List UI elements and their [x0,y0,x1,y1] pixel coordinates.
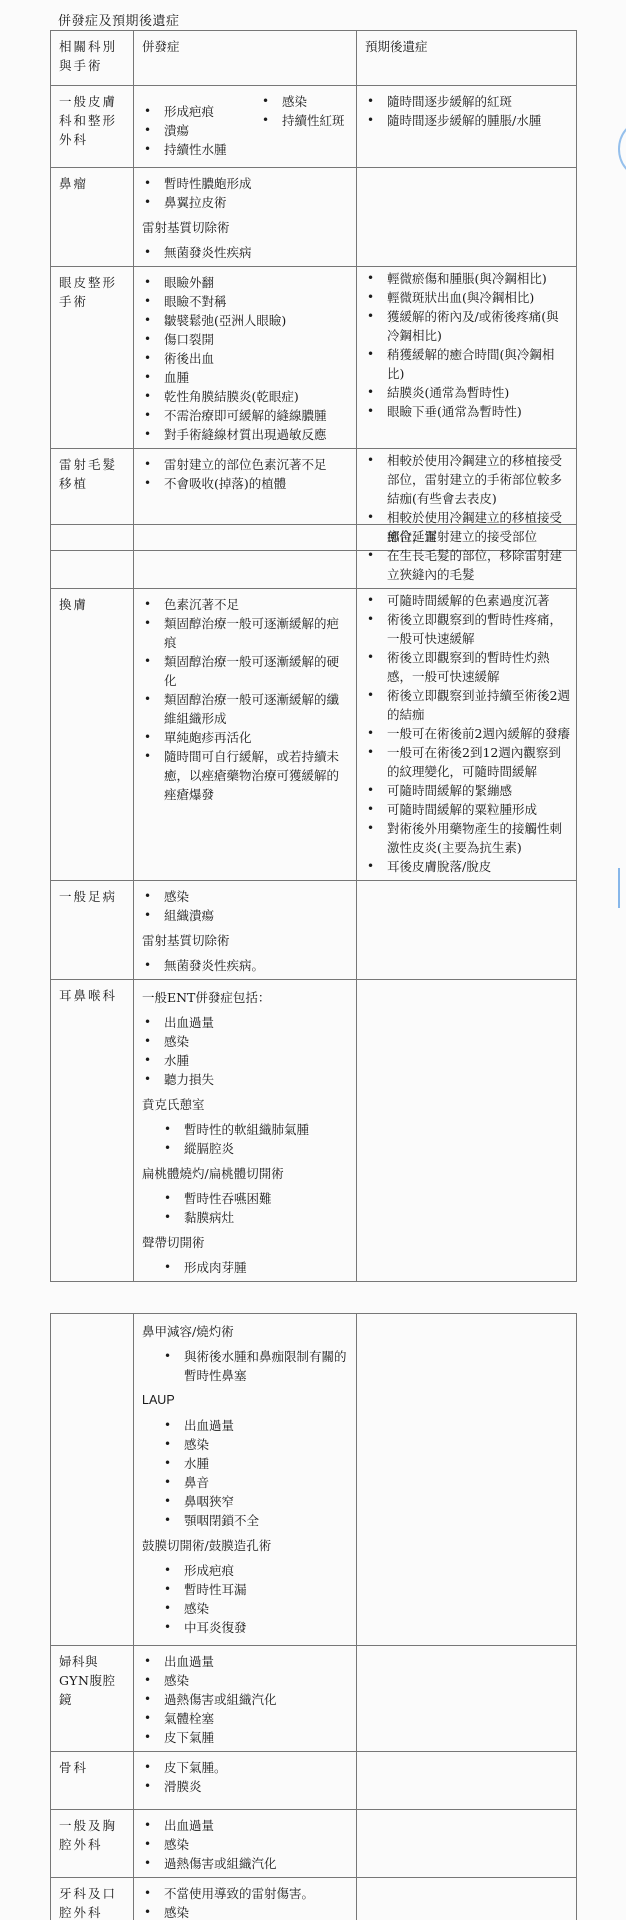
list-item: 無菌發炎性疾病。 [142,956,350,975]
complications-list: 不當使用導致的雷射傷害。 感染 [142,1884,350,1920]
sequelae-cell [357,1314,577,1646]
list-item: 氣體栓塞 [142,1709,350,1728]
list-item: 暫時性耳漏 [142,1580,350,1599]
list-item: 對手術縫線材質出現過敏反應 [142,425,350,444]
complications-list: 暫時性膿皰形成 鼻翼拉皮術 [142,174,350,212]
complications-list: 出血過量 感染 水腫 聽力損失 [142,1013,350,1089]
complications-cell [134,525,357,589]
complications-list: 感染 組織潰瘍 [142,887,350,925]
sequelae-cell: 輕微瘀傷和腫脹(與冷鋼相比) 輕微斑狀出血(與冷鋼相比) 獲緩解的術內及/或術後… [357,267,577,449]
list-item: 輕微斑狀出血(與冷鋼相比) [365,288,570,307]
complications-cell: 出血過量 感染 過熱傷害或組織汽化 氣體栓塞 皮下氣腫 [134,1646,357,1752]
list-item: 隨時間逐步緩解的紅斑 [365,92,570,111]
list-item: 過熱傷害或組織汽化 [142,1854,350,1873]
table-header-row: 相關科別與手術 併發症 預期後遺症 [51,31,577,86]
sequelae-cell [357,1752,577,1810]
department-cell: 一般皮膚科和整形外科 [51,86,134,168]
complications-table-page-3: 鼻甲減容/燒灼術 與術後水腫和鼻痂限制有關的暫時性鼻塞 LAUP 出血過量 感染… [50,1313,577,1920]
list-item: 相較於使用冷鋼建立的移植接受部位，雷射建立的手術部位較多結痂(有些會去表皮) [365,451,570,508]
list-item: 不當使用導致的雷射傷害。 [142,1884,350,1903]
list-item: 色素沉著不足 [142,595,350,614]
list-item: 感染 [142,1599,350,1618]
subsection-list: 與術後水腫和鼻痂限制有關的暫時性鼻塞 [142,1347,350,1385]
list-item: 在生長毛髮的部位，移除雷射建立狹縫內的毛髮 [365,546,570,584]
complications-cell: 鼻甲減容/燒灼術 與術後水腫和鼻痂限制有關的暫時性鼻塞 LAUP 出血過量 感染… [134,1314,357,1646]
sequelae-cell [357,881,577,980]
department-cell: 耳鼻喉科 [51,980,134,1282]
department-cell: 婦科與GYN腹腔鏡 [51,1646,134,1752]
subsection-title: 賁克氏憩室 [142,1095,350,1114]
table-row: 一般足病 感染 組織潰瘍 雷射基質切除術 無菌發炎性疾病。 [51,881,577,980]
list-item: 形成疤痕 [142,1561,350,1580]
complications-list: 雷射建立的部位色素沉著不足 不會吸收(掉落)的植體 [142,455,350,493]
list-item: 術後出血 [142,349,350,368]
subsection-title: LAUP [142,1391,350,1410]
list-item: 中耳炎復發 [142,1618,350,1637]
list-item: 不需治療即可緩解的縫線膿腫 [142,406,350,425]
list-item: 皮下氣腫。 [142,1758,350,1777]
list-item: 出血過量 [142,1652,350,1671]
complications-list: 出血過量 感染 過熱傷害或組織汽化 [142,1816,350,1873]
header-sequelae: 預期後遺症 [357,31,577,86]
department-cell [51,525,134,589]
list-item: 一般可在術後2到12週內觀察到的紋理變化，可隨時間緩解 [365,743,570,781]
sequelae-cell: 隨時間逐步緩解的紅斑 隨時間逐步緩解的腫脹/水腫 [357,86,577,168]
list-item: 與術後水腫和鼻痂限制有關的暫時性鼻塞 [142,1347,350,1385]
table-row: 婦科與GYN腹腔鏡 出血過量 感染 過熱傷害或組織汽化 氣體栓塞 皮下氣腫 [51,1646,577,1752]
list-item: 感染 [142,1435,350,1454]
list-item: 顎咽閉鎖不全 [142,1511,350,1530]
table-row: 換膚 色素沉著不足 類固醇治療一般可逐漸緩解的疤痕 類固醇治療一般可逐漸緩解的硬… [51,589,577,881]
department-cell: 換膚 [51,589,134,881]
list-item: 可隨時間緩解的緊繃感 [365,781,570,800]
complications-cell: 出血過量 感染 過熱傷害或組織汽化 [134,1810,357,1878]
sequelae-cell: 可隨時間緩解的色素過度沉著 術後立即觀察到的暫時性疼痛，一般可快速緩解 術後立即… [357,589,577,881]
list-item: 鼻翼拉皮術 [142,193,350,212]
list-item: 水腫 [142,1454,350,1473]
sequelae-cell: 癒合延遲 在生長毛髮的部位，移除雷射建立狹縫內的毛髮 [357,525,577,589]
complications-table-page-1: 相關科別與手術 併發症 預期後遺症 一般皮膚科和整形外科 形成疤痕 潰瘍 持續性… [50,30,577,551]
sequelae-list: 輕微瘀傷和腫脹(與冷鋼相比) 輕微斑狀出血(與冷鋼相比) 獲緩解的術內及/或術後… [365,269,570,421]
list-item: 單純皰疹再活化 [142,728,350,747]
sequelae-list: 可隨時間緩解的色素過度沉著 術後立即觀察到的暫時性疼痛，一般可快速緩解 術後立即… [365,591,570,876]
list-item: 持續性紅斑 [260,111,345,130]
list-item: 一般可在術後前2週內緩解的發癢 [365,724,570,743]
list-item: 隨時間可自行緩解，或若持續未癒，以痤瘡藥物治療可獲緩解的痤瘡爆發 [142,747,350,804]
list-item: 暫時性的軟組織肺氣腫 [142,1120,350,1139]
table-row: 一般皮膚科和整形外科 形成疤痕 潰瘍 持續性水腫 感染 持續性紅斑 隨時間逐步緩… [51,86,577,168]
complications-list: 形成疤痕 潰瘍 持續性水腫 [142,102,260,159]
list-item: 過熱傷害或組織汽化 [142,1690,350,1709]
list-item: 皺襞鬆弛(亞洲人眼瞼) [142,311,350,330]
list-item: 雷射建立的部位色素沉著不足 [142,455,350,474]
list-item: 暫時性膿皰形成 [142,174,350,193]
document-title: 併發症及預期後遺症 [58,10,180,29]
list-item: 傷口裂開 [142,330,350,349]
header-department: 相關科別與手術 [51,31,134,86]
list-item: 感染 [142,1032,350,1051]
list-item: 感染 [260,92,345,111]
subsection-title: 雷射基質切除術 [142,218,350,237]
sequelae-cell [357,1810,577,1878]
complications-list: 感染 持續性紅斑 [260,92,345,159]
header-complications: 併發症 [134,31,357,86]
list-item: 對術後外用藥物產生的接觸性刺激性皮炎(主要為抗生素) [365,819,570,857]
list-item: 無菌發炎性疾病 [142,243,350,262]
subsection-title: 鼓膜切開術/鼓膜造孔術 [142,1536,350,1555]
list-item: 術後立即觀察到的暫時性疼痛，一般可快速緩解 [365,610,570,648]
list-item: 乾性角膜結膜炎(乾眼症) [142,387,350,406]
list-item: 結膜炎(通常為暫時性) [365,383,570,402]
list-item: 形成肉芽腫 [142,1258,350,1277]
complications-cell: 一般ENT併發症包括： 出血過量 感染 水腫 聽力損失 賁克氏憩室 暫時性的軟組… [134,980,357,1282]
table-row: 鼻甲減容/燒灼術 與術後水腫和鼻痂限制有關的暫時性鼻塞 LAUP 出血過量 感染… [51,1314,577,1646]
subsection-title: 聲帶切開術 [142,1233,350,1252]
list-item: 類固醇治療一般可逐漸緩解的疤痕 [142,614,350,652]
sequelae-cell [357,1646,577,1752]
list-item: 可隨時間緩解的色素過度沉著 [365,591,570,610]
subsection-list: 形成肉芽腫 [142,1258,350,1277]
sequelae-cell [357,1878,577,1920]
complications-cell: 形成疤痕 潰瘍 持續性水腫 感染 持續性紅斑 [134,86,357,168]
list-item: 皮下氣腫 [142,1728,350,1747]
department-cell: 鼻瘤 [51,168,134,267]
subsection-title: 扁桃體燒灼/扁桃體切開術 [142,1164,350,1183]
list-item: 眼瞼外翻 [142,273,350,292]
subsection-list: 出血過量 感染 水腫 鼻音 鼻咽狹窄 顎咽閉鎖不全 [142,1416,350,1530]
list-item: 出血過量 [142,1416,350,1435]
list-item: 眼瞼不對稱 [142,292,350,311]
subsection-list: 暫時性的軟組織肺氣腫 縱膈腔炎 [142,1120,350,1158]
complications-list: 出血過量 感染 過熱傷害或組織汽化 氣體栓塞 皮下氣腫 [142,1652,350,1747]
list-item: 隨時間逐步緩解的腫脹/水腫 [365,111,570,130]
list-item: 耳後皮膚脫落/脫皮 [365,857,570,876]
table-row: 癒合延遲 在生長毛髮的部位，移除雷射建立狹縫內的毛髮 [51,525,577,589]
complications-cell: 色素沉著不足 類固醇治療一般可逐漸緩解的疤痕 類固醇治療一般可逐漸緩解的硬化 類… [134,589,357,881]
sequelae-cell [357,980,577,1282]
sequelae-continuation: 癒合延遲 [365,527,570,546]
list-item: 縱膈腔炎 [142,1139,350,1158]
list-item: 出血過量 [142,1816,350,1835]
list-item: 不會吸收(掉落)的植體 [142,474,350,493]
subsection-list: 無菌發炎性疾病 [142,243,350,262]
table-row: 牙科及口腔外科 不當使用導致的雷射傷害。 感染 [51,1878,577,1920]
list-item: 鼻咽狹窄 [142,1492,350,1511]
list-item: 組織潰瘍 [142,906,350,925]
complications-list: 皮下氣腫。 滑膜炎 [142,1758,350,1796]
list-item: 血腫 [142,368,350,387]
subsection-list: 無菌發炎性疾病。 [142,956,350,975]
list-item: 眼瞼下垂(通常為暫時性) [365,402,570,421]
list-item: 術後立即觀察到的暫時性灼熱感，一般可快速緩解 [365,648,570,686]
list-item: 感染 [142,1671,350,1690]
department-cell: 骨科 [51,1752,134,1810]
stamp-mark-icon [618,122,626,176]
complications-list: 色素沉著不足 類固醇治療一般可逐漸緩解的疤痕 類固醇治療一般可逐漸緩解的硬化 類… [142,595,350,804]
table-row: 眼皮整形手術 眼瞼外翻 眼瞼不對稱 皺襞鬆弛(亞洲人眼瞼) 傷口裂開 術後出血 … [51,267,577,449]
department-cell: 眼皮整形手術 [51,267,134,449]
list-item: 鼻音 [142,1473,350,1492]
list-item: 類固醇治療一般可逐漸緩解的纖維組織形成 [142,690,350,728]
complications-cell: 暫時性膿皰形成 鼻翼拉皮術 雷射基質切除術 無菌發炎性疾病 [134,168,357,267]
list-item: 感染 [142,1903,350,1920]
intro-text: 一般ENT併發症包括： [142,988,350,1007]
complications-cell: 皮下氣腫。 滑膜炎 [134,1752,357,1810]
sequelae-cell [357,168,577,267]
list-item: 輕微瘀傷和腫脹(與冷鋼相比) [365,269,570,288]
subsection-list: 暫時性吞嚥困難 黏膜病灶 [142,1189,350,1227]
subsection-title: 鼻甲減容/燒灼術 [142,1322,350,1341]
complications-cell: 感染 組織潰瘍 雷射基質切除術 無菌發炎性疾病。 [134,881,357,980]
stamp-mark-icon [618,868,626,908]
list-item: 稍獲緩解的癒合時間(與冷鋼相比) [365,345,570,383]
list-item: 形成疤痕 [142,102,260,121]
list-item: 持續性水腫 [142,140,260,159]
list-item: 可隨時間緩解的粟粒腫形成 [365,800,570,819]
complications-list: 眼瞼外翻 眼瞼不對稱 皺襞鬆弛(亞洲人眼瞼) 傷口裂開 術後出血 血腫 乾性角膜… [142,273,350,444]
complications-cell: 不當使用導致的雷射傷害。 感染 [134,1878,357,1920]
table-row: 骨科 皮下氣腫。 滑膜炎 [51,1752,577,1810]
list-item: 暫時性吞嚥困難 [142,1189,350,1208]
list-item: 黏膜病灶 [142,1208,350,1227]
complications-table-page-2: 癒合延遲 在生長毛髮的部位，移除雷射建立狹縫內的毛髮 換膚 色素沉著不足 類固醇… [50,524,577,1282]
subsection-list: 形成疤痕 暫時性耳漏 感染 中耳炎復發 [142,1561,350,1637]
list-item: 出血過量 [142,1013,350,1032]
subsection-title: 雷射基質切除術 [142,931,350,950]
list-item: 水腫 [142,1051,350,1070]
table-row: 鼻瘤 暫時性膿皰形成 鼻翼拉皮術 雷射基質切除術 無菌發炎性疾病 [51,168,577,267]
table-row: 一般及胸腔外科 出血過量 感染 過熱傷害或組織汽化 [51,1810,577,1878]
department-cell: 牙科及口腔外科 [51,1878,134,1920]
list-item: 獲緩解的術內及/或術後疼痛(與冷鋼相比) [365,307,570,345]
department-cell: 一般及胸腔外科 [51,1810,134,1878]
list-item: 類固醇治療一般可逐漸緩解的硬化 [142,652,350,690]
complications-cell: 眼瞼外翻 眼瞼不對稱 皺襞鬆弛(亞洲人眼瞼) 傷口裂開 術後出血 血腫 乾性角膜… [134,267,357,449]
list-item: 滑膜炎 [142,1777,350,1796]
table-row: 耳鼻喉科 一般ENT併發症包括： 出血過量 感染 水腫 聽力損失 賁克氏憩室 暫… [51,980,577,1282]
department-cell [51,1314,134,1646]
list-item: 聽力損失 [142,1070,350,1089]
sequelae-list: 在生長毛髮的部位，移除雷射建立狹縫內的毛髮 [365,546,570,584]
list-item: 感染 [142,887,350,906]
sequelae-list: 隨時間逐步緩解的紅斑 隨時間逐步緩解的腫脹/水腫 [365,92,570,130]
list-item: 潰瘍 [142,121,260,140]
department-cell: 一般足病 [51,881,134,980]
list-item: 術後立即觀察到並持續至術後2週的結痂 [365,686,570,724]
list-item: 感染 [142,1835,350,1854]
